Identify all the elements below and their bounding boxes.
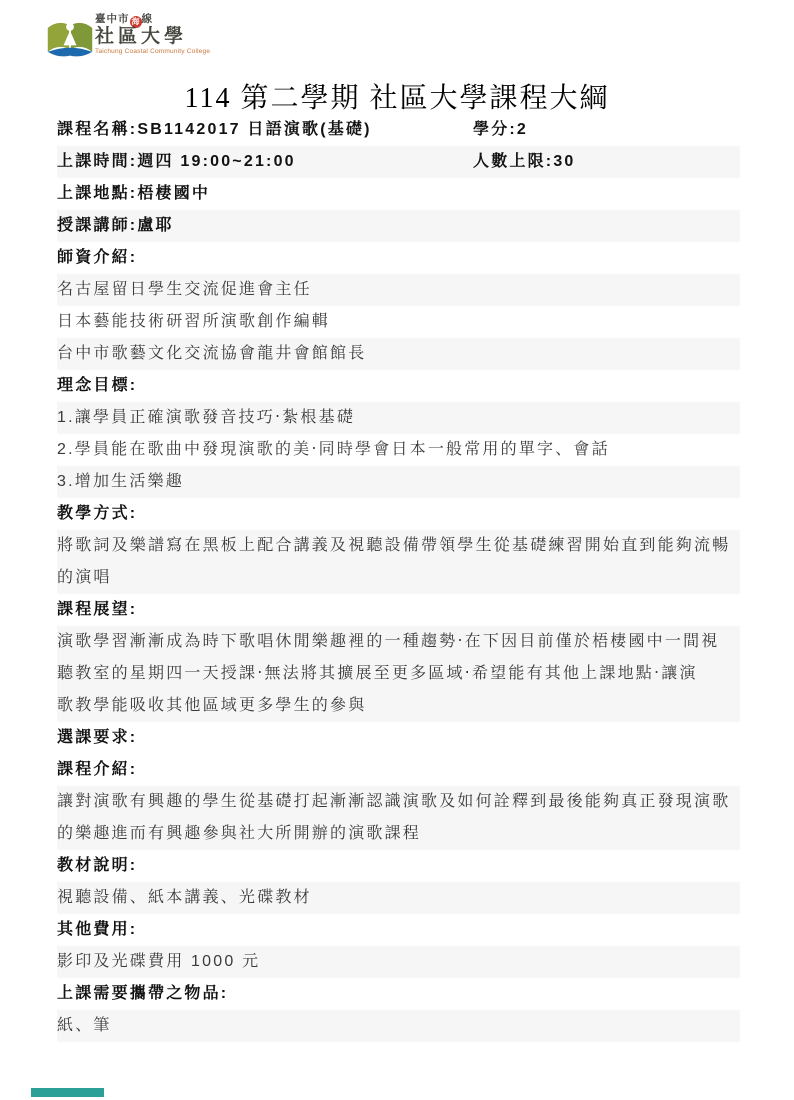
course-table: 課程名稱:SB1142017 日語演歌(基礎)學分:2上課時間:週四 19:00… (57, 114, 740, 1042)
row-text: 名古屋留日學生交流促進會主任 (57, 281, 312, 298)
material-label: 教材說明: (57, 850, 740, 882)
teacher-intro-1: 名古屋留日學生交流促進會主任 (57, 274, 740, 306)
row-text-right: 學分:2 (473, 114, 528, 146)
row-text: 授課講師:盧耶 (57, 217, 174, 234)
paragraph-line: 聽教室的星期四一天授課‧無法將其擴展至更多區域‧希望能有其他上課地點‧讓演 (57, 658, 740, 690)
instructor-row: 授課講師:盧耶 (57, 210, 740, 242)
course-name-row: 課程名稱:SB1142017 日語演歌(基礎)學分:2 (57, 114, 740, 146)
syllabus-page: 臺中市海線 社區大學 Taichung Coastal Community Co… (0, 0, 794, 1100)
fee-label: 其他費用: (57, 914, 740, 946)
location-row: 上課地點:梧棲國中 (57, 178, 740, 210)
teacher-intro-label: 師資介紹: (57, 242, 740, 274)
row-text: 課程介紹: (57, 761, 137, 778)
book-person-icon (45, 14, 95, 62)
row-text: 選課要求: (57, 729, 137, 746)
row-text: 上課需要攜帶之物品: (57, 985, 228, 1002)
goal-2: 2.學員能在歌曲中發現演歌的美‧同時學會日本一般常用的單字、會話 (57, 434, 740, 466)
material-content: 視聽設備、紙本講義、光碟教材 (57, 882, 740, 914)
logo-school-name: 社區大學 (95, 26, 190, 48)
row-text: 理念目標: (57, 377, 137, 394)
method-paragraph: 將歌詞及樂譜寫在黑板上配合講義及視聽設備帶領學生從基礎練習開始直到能夠流暢的演唱 (57, 530, 740, 594)
teacher-intro-2: 日本藝能技術研習所演歌創作編輯 (57, 306, 740, 338)
row-text: 上課時間:週四 19:00~21:00 (57, 153, 296, 170)
row-text: 3.增加生活樂趣 (57, 473, 184, 490)
row-text: 影印及光碟費用 1000 元 (57, 953, 260, 970)
row-text: 課程展望: (57, 601, 137, 618)
logo-org-name: 臺中市海線 (95, 13, 190, 26)
row-text: 紙、筆 (57, 1017, 112, 1034)
paragraph-line: 讓對演歌有興趣的學生從基礎打起漸漸認識演歌及如何詮釋到最後能夠真正發現演歌 (57, 786, 740, 818)
paragraph-line: 將歌詞及樂譜寫在黑板上配合講義及視聽設備帶領學生從基礎練習開始直到能夠流暢 (57, 530, 740, 562)
goal-3: 3.增加生活樂趣 (57, 466, 740, 498)
page-title: 114 第二學期 社區大學課程大綱 (0, 76, 794, 116)
outlook-label: 課程展望: (57, 594, 740, 626)
row-text: 師資介紹: (57, 249, 137, 266)
logo-org-suffix: 線 (142, 13, 154, 25)
row-text: 視聽設備、紙本講義、光碟教材 (57, 889, 312, 906)
logo-text-block: 臺中市海線 社區大學 Taichung Coastal Community Co… (95, 13, 190, 55)
intro-paragraph: 讓對演歌有興趣的學生從基礎打起漸漸認識演歌及如何詮釋到最後能夠真正發現演歌的樂趣… (57, 786, 740, 850)
row-text: 上課地點:梧棲國中 (57, 185, 210, 202)
method-label: 教學方式: (57, 498, 740, 530)
row-text-right: 人數上限:30 (473, 146, 576, 178)
fee-content: 影印及光碟費用 1000 元 (57, 946, 740, 978)
outlook-paragraph: 演歌學習漸漸成為時下歌唱休閒樂趣裡的一種趨勢‧在下因目前僅於梧棲國中一間視聽教室… (57, 626, 740, 722)
bring-items-content: 紙、筆 (57, 1010, 740, 1042)
school-logo: 臺中市海線 社區大學 Taichung Coastal Community Co… (45, 12, 185, 66)
paragraph-line: 的演唱 (57, 562, 740, 594)
row-text: 1.讓學員正確演歌發音技巧‧紮根基礎 (57, 409, 355, 426)
logo-english-name: Taichung Coastal Community College (95, 48, 190, 55)
goals-label: 理念目標: (57, 370, 740, 402)
row-text: 台中市歌藝文化交流協會龍井會館館長 (57, 345, 366, 362)
class-time-row: 上課時間:週四 19:00~21:00人數上限:30 (57, 146, 740, 178)
paragraph-line: 歌教學能吸收其他區域更多學生的參與 (57, 690, 740, 722)
row-text: 教學方式: (57, 505, 137, 522)
bring-items-label: 上課需要攜帶之物品: (57, 978, 740, 1010)
paragraph-line: 的樂趣進而有興趣參與社大所開辦的演歌課程 (57, 818, 740, 850)
row-text: 2.學員能在歌曲中發現演歌的美‧同時學會日本一般常用的單字、會話 (57, 441, 610, 458)
teacher-intro-3: 台中市歌藝文化交流協會龍井會館館長 (57, 338, 740, 370)
paragraph-line: 演歌學習漸漸成為時下歌唱休閒樂趣裡的一種趨勢‧在下因目前僅於梧棲國中一間視 (57, 626, 740, 658)
intro-label: 課程介紹: (57, 754, 740, 786)
row-text: 其他費用: (57, 921, 137, 938)
row-text: 教材說明: (57, 857, 137, 874)
row-text: 日本藝能技術研習所演歌創作編輯 (57, 313, 330, 330)
footer-bar (31, 1088, 104, 1097)
requirement-label: 選課要求: (57, 722, 740, 754)
logo-org-prefix: 臺中市 (95, 13, 130, 25)
goal-1: 1.讓學員正確演歌發音技巧‧紮根基礎 (57, 402, 740, 434)
row-text: 課程名稱:SB1142017 日語演歌(基礎) (57, 121, 372, 138)
